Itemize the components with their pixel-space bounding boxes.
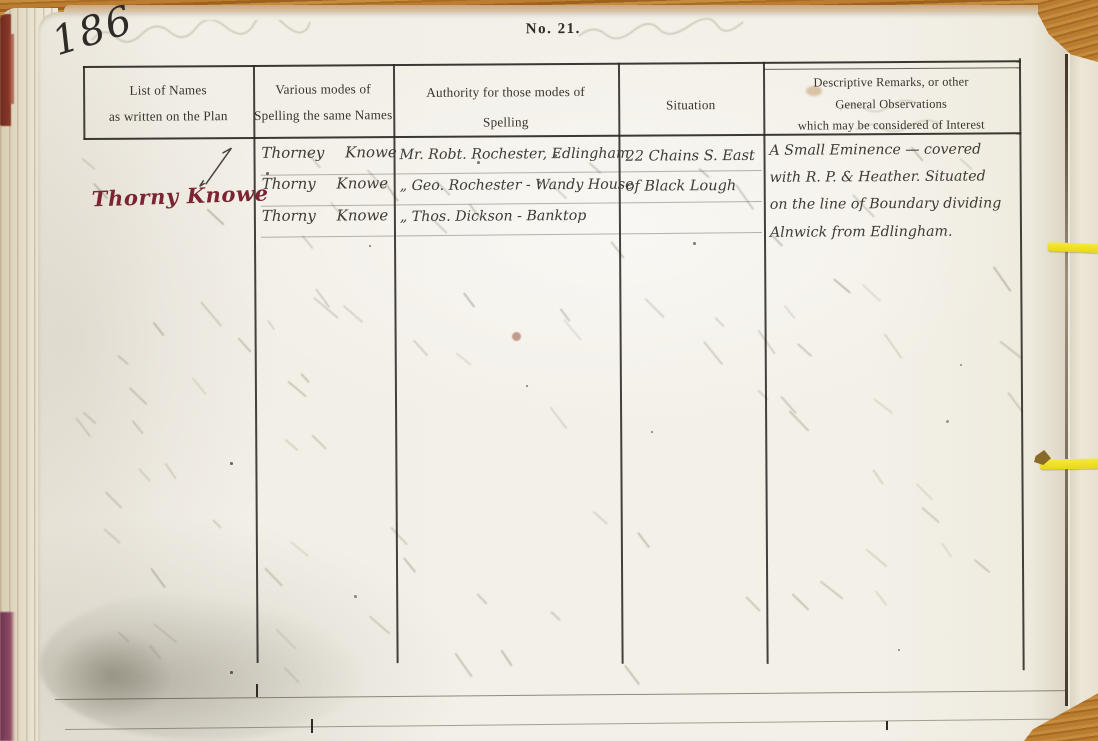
binding-crease: [1065, 54, 1068, 706]
entry-situation: of Black Lough: [626, 178, 766, 195]
header-line: General Observations: [763, 93, 1019, 116]
table: 186 No. 21. List of Names as written on …: [0, 0, 1098, 741]
scanned-book-photo: 186 No. 21. List of Names as written on …: [0, 0, 1098, 741]
header-line: List of Names: [83, 77, 253, 104]
under-page-tick: [886, 721, 888, 730]
column-rule-1: [253, 65, 258, 663]
header-line: Authority for those modes of: [393, 77, 618, 108]
header-line: which may be considered of Interest: [763, 114, 1019, 137]
entry-remarks: on the line of Boundary dividing: [770, 195, 1026, 213]
entry-spelling: Thorny Knowe: [262, 174, 392, 193]
header-descriptive-remarks: Descriptive Remarks, or other General Ob…: [763, 71, 1019, 137]
check-mark: [191, 140, 241, 188]
header-line: Various modes of: [253, 76, 393, 103]
under-page-tick: [256, 684, 258, 697]
entry-authority: Mr. Robt. Rochester, Edlingham: [399, 146, 623, 163]
entry-spelling: Thorney Knowe: [261, 143, 391, 162]
header-list-of-names: List of Names as written on the Plan: [83, 77, 253, 130]
header-situation: Situation: [618, 92, 763, 119]
entry-remarks: A Small Eminence — covered: [769, 141, 1025, 159]
header-authority: Authority for those modes of Spelling: [393, 77, 618, 138]
entry-situation: 22 Chains S. East: [625, 148, 765, 165]
entry-authority: „ Thos. Dickson - Banktop: [400, 208, 624, 225]
page-number: 186: [47, 0, 139, 65]
table-top-rule: [83, 60, 1021, 68]
entry-name: Thorny Knowe: [91, 180, 269, 211]
header-line: Spelling: [393, 107, 618, 138]
yellow-tie-top: [1048, 242, 1098, 253]
header-line: Situation: [618, 92, 763, 119]
sheet-number: No. 21.: [526, 21, 581, 38]
under-page-tick: [311, 719, 313, 733]
entry-authority: „ Geo. Rochester - Wandy House: [400, 177, 624, 194]
entry-remarks: Alnwick from Edlingham.: [770, 223, 1026, 241]
entry-remarks: with R. P. & Heather. Situated: [770, 168, 1026, 186]
writing-guide-line: [261, 232, 762, 238]
right-page-edge-strip: [1070, 10, 1098, 710]
header-line: Spelling the same Names: [253, 102, 393, 129]
table-top-rule-double: [764, 67, 1020, 70]
header-line: Descriptive Remarks, or other: [763, 71, 1019, 94]
header-various-modes: Various modes of Spelling the same Names: [253, 76, 393, 129]
entry-spelling: Thorny Knowe: [262, 206, 392, 225]
header-line: as written on the Plan: [83, 103, 253, 130]
